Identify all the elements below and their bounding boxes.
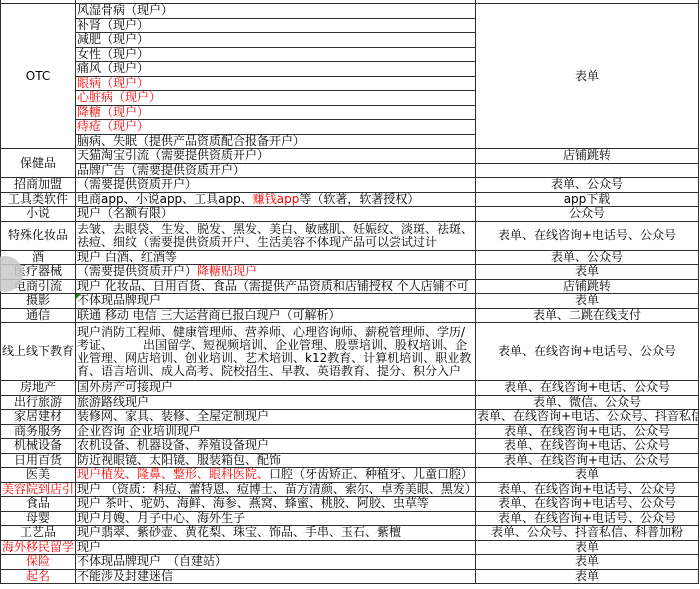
details-text: （需要提供资质开户） bbox=[77, 265, 197, 279]
table-row: 海外移民留学现户表单 bbox=[1, 540, 699, 555]
details-text: 减肥（现户） bbox=[77, 33, 149, 47]
details-text: 旅游路线现户 bbox=[77, 395, 149, 409]
table-row: 摄影不体现品牌现户表单 bbox=[1, 294, 699, 309]
table-row: 美容院到店引流现户 （资质：科痘、蕾特恩、痘博士、苗方清颜、索尔、卓秀美眼、黑发… bbox=[1, 482, 699, 497]
table-row: 家居建材装修网、家具、装修、全屋定制现户表单、在线咨询+电话、公众号、抖音私信 bbox=[1, 410, 699, 425]
details-cell[interactable]: 眼病（现户） bbox=[76, 76, 476, 91]
conversion-cell[interactable]: 表单、公众号 bbox=[476, 178, 699, 193]
table-row: 小说现户（名额有限）公众号 bbox=[1, 207, 699, 222]
details-text: 天猫淘宝引流（需要提供资质开户） bbox=[77, 149, 269, 163]
table-row: 保健品天猫淘宝引流（需要提供资质开户）店铺跳转 bbox=[1, 149, 699, 164]
details-cell[interactable]: 天猫淘宝引流（需要提供资质开户） bbox=[76, 149, 476, 164]
conversion-cell[interactable]: 表单、在线咨询+电话、公众号 bbox=[476, 453, 699, 468]
table-row: 起名不能涉及封建迷信表单 bbox=[1, 569, 699, 584]
industry-table: OTC风湿骨病（现户）表单补肾（现户）减肥（现户）女性（现户）痛风（现户）眼病（… bbox=[0, 0, 699, 584]
table-row: 医美现户植发、隆鼻、整形、眼科医院、口腔（牙齿矫正、种植牙、儿童口腔）表单 bbox=[1, 468, 699, 483]
details-text: 现户 bbox=[77, 540, 101, 554]
conversion-cell[interactable]: 表单 bbox=[476, 4, 699, 149]
details-text: 防近视眼镜、太阳镜、服装箱包、配饰 bbox=[77, 453, 281, 467]
table-row: 招商加盟（需要提供资质开户）表单、公众号 bbox=[1, 178, 699, 193]
category-cell[interactable]: 日用百货 bbox=[1, 453, 76, 468]
conversion-cell[interactable]: 表单、在线咨询+电话号、公众号 bbox=[476, 497, 699, 512]
details-text: 等（软著，软著授权） bbox=[299, 192, 419, 206]
details-cell[interactable]: 痔疮（现户） bbox=[76, 120, 476, 135]
conversion-cell[interactable]: 表单 bbox=[476, 540, 699, 555]
details-text: 赚钱app bbox=[253, 192, 300, 206]
details-cell[interactable]: 防近视眼镜、太阳镜、服装箱包、配饰 bbox=[76, 453, 476, 468]
table-row: 食品现户 茶叶、驼奶、海鲜、海参、燕窝、蜂蜜、桃胶、阿胶、虫草等表单、在线咨询+… bbox=[1, 497, 699, 512]
category-cell[interactable]: 通信 bbox=[1, 308, 76, 323]
details-cell[interactable]: 现户 （资质：科痘、蕾特恩、痘博士、苗方清颜、索尔、卓秀美眼、黑发） bbox=[76, 482, 476, 497]
table-row: 通信联通 移动 电信 三大运营商已报白现户（可解析）表单、二跳在线支付 bbox=[1, 308, 699, 323]
details-cell[interactable]: 现户（名额有限） bbox=[76, 207, 476, 222]
details-cell[interactable]: 现户植发、隆鼻、整形、眼科医院、口腔（牙齿矫正、种植牙、儿童口腔） bbox=[76, 468, 476, 483]
spreadsheet: OTC风湿骨病（现户）表单补肾（现户）减肥（现户）女性（现户）痛风（现户）眼病（… bbox=[0, 0, 700, 589]
conversion-cell[interactable]: 公众号 bbox=[476, 207, 699, 222]
details-text: 痛风（现户） bbox=[77, 62, 149, 76]
details-cell[interactable]: 国外房产可接现户 bbox=[76, 381, 476, 396]
table-row: 电商引流现户 化妆品、日用百货、食品（需提供产品资质和店铺授权 个人店铺不可店铺… bbox=[1, 279, 699, 294]
table-row: 房地产国外房产可接现户表单、在线咨询+电话、公众号 bbox=[1, 381, 699, 396]
details-text: 现户 （资质：科痘、蕾特恩、痘博士、苗方清颜、索尔、卓秀美眼、黑发） bbox=[77, 482, 476, 496]
table-row: 机械设备农机设备、机器设备、养殖设备现户表单、在线咨询+电话、公众号 bbox=[1, 439, 699, 454]
details-cell[interactable]: 脑病、失眠（提供产品资质配合报备开户） bbox=[76, 134, 476, 149]
details-cell[interactable]: 心脏病（现户） bbox=[76, 91, 476, 106]
table-row: 出行旅游旅游路线现户表单、微信、公众号 bbox=[1, 395, 699, 410]
category-cell[interactable]: 特殊化妆品 bbox=[1, 221, 76, 250]
details-text: 现户 化妆品、日用百货、食品（需提供产品资质和店铺授权 个人店铺不可 bbox=[77, 279, 469, 293]
details-text: 不能涉及封建迷信 bbox=[77, 569, 173, 583]
conversion-cell[interactable]: 表单、在线咨询+电话、公众号 bbox=[476, 424, 699, 439]
conversion-cell[interactable]: 表单 bbox=[476, 468, 699, 483]
conversion-cell[interactable]: 表单、在线咨询+电话号、公众号 bbox=[476, 323, 699, 381]
details-text: 女性（现户） bbox=[77, 47, 149, 61]
details-cell[interactable]: 不体现品牌现户 bbox=[76, 294, 476, 309]
details-cell[interactable]: 企业咨询 企业培训现户 bbox=[76, 424, 476, 439]
details-cell[interactable]: 联通 移动 电信 三大运营商已报白现户（可解析） bbox=[76, 308, 476, 323]
category-cell[interactable]: 医美 bbox=[1, 468, 76, 483]
details-text: 现户 白酒、红酒等 bbox=[77, 250, 177, 264]
details-cell[interactable]: 现户 bbox=[76, 540, 476, 555]
details-text: 不体现品牌现户 （自建站） bbox=[77, 555, 227, 569]
table-row: 酒现户 白酒、红酒等表单、公众号 bbox=[1, 250, 699, 265]
conversion-cell[interactable]: 表单、在线咨询+电话号、公众号 bbox=[476, 511, 699, 526]
details-cell[interactable]: （需要提供资质开户） bbox=[76, 178, 476, 193]
details-cell[interactable]: 现户月嫂、月子中心、海外生子 bbox=[76, 511, 476, 526]
category-cell[interactable]: 出行旅游 bbox=[1, 395, 76, 410]
conversion-cell[interactable]: app下载 bbox=[476, 192, 699, 207]
category-cell[interactable]: 机械设备 bbox=[1, 439, 76, 454]
category-cell[interactable]: 海外移民留学 bbox=[1, 540, 76, 555]
category-cell[interactable]: 线上线下教育 bbox=[1, 323, 76, 381]
category-cell[interactable]: 房地产 bbox=[1, 381, 76, 396]
details-cell[interactable]: 降糖（现户） bbox=[76, 105, 476, 120]
details-cell[interactable]: 现户 白酒、红酒等 bbox=[76, 250, 476, 265]
details-cell[interactable]: 现户 茶叶、驼奶、海鲜、海参、燕窝、蜂蜜、桃胶、阿胶、虫草等 bbox=[76, 497, 476, 512]
category-cell[interactable]: 工艺品 bbox=[1, 526, 76, 541]
details-cell[interactable]: 去皱、去眼袋、生发、脱发、黑发、美白、敏感肌、妊娠纹、淡斑、祛斑、祛痘、细纹（需… bbox=[76, 221, 476, 250]
details-text: 企业咨询 企业培训现户 bbox=[77, 424, 201, 438]
details-cell[interactable]: 减肥（现户） bbox=[76, 33, 476, 48]
details-text: 品牌广告（需要提供资质开户） bbox=[77, 163, 245, 177]
table-row: 保险不体现品牌现户 （自建站）表单 bbox=[1, 555, 699, 570]
details-cell[interactable]: 装修网、家具、装修、全屋定制现户 bbox=[76, 410, 476, 425]
details-cell[interactable]: 电商app、小说app、工具app、赚钱app等（软著，软著授权） bbox=[76, 192, 476, 207]
conversion-cell[interactable] bbox=[476, 163, 699, 178]
details-text: 现户（名额有限） bbox=[77, 207, 173, 221]
conversion-cell[interactable]: 表单 bbox=[476, 569, 699, 584]
details-text: 电商app、小说app、工具app、 bbox=[77, 192, 253, 206]
details-cell[interactable]: 现户翡翠、紫砂壶、黄花梨、珠宝、饰品、手串、玉石、紫檀 bbox=[76, 526, 476, 541]
details-text: 眼病（现户） bbox=[77, 76, 149, 90]
details-cell[interactable]: 现户消防工程师、健康管理师、营养师、心理咨询师、薪税管理师、学历/考证、 出国留… bbox=[76, 323, 476, 381]
details-cell[interactable]: 补肾（现户） bbox=[76, 18, 476, 33]
details-cell[interactable]: 风湿骨病（现户） bbox=[76, 4, 476, 19]
details-text: 现户月嫂、月子中心、海外生子 bbox=[77, 511, 245, 525]
details-text: 联通 移动 电信 三大运营商已报白现户（可解析） bbox=[77, 308, 340, 322]
table-row: 日用百货防近视眼镜、太阳镜、服装箱包、配饰表单、在线咨询+电话、公众号 bbox=[1, 453, 699, 468]
table-row: 品牌广告（需要提供资质开户） bbox=[1, 163, 699, 178]
conversion-cell[interactable]: 表单、公众号、抖音私信、科普加粉 bbox=[476, 526, 699, 541]
conversion-cell[interactable]: 表单、在线咨询+电话、公众号 bbox=[476, 439, 699, 454]
conversion-cell[interactable]: 表单 bbox=[476, 555, 699, 570]
category-cell[interactable]: 摄影 bbox=[1, 294, 76, 309]
category-cell[interactable]: 保险 bbox=[1, 555, 76, 570]
table-row: 特殊化妆品去皱、去眼袋、生发、脱发、黑发、美白、敏感肌、妊娠纹、淡斑、祛斑、祛痘… bbox=[1, 221, 699, 250]
conversion-cell[interactable]: 表单、公众号 bbox=[476, 250, 699, 265]
details-text: 现户 茶叶、驼奶、海鲜、海参、燕窝、蜂蜜、桃胶、阿胶、虫草等 bbox=[77, 497, 429, 511]
details-cell[interactable]: 农机设备、机器设备、养殖设备现户 bbox=[76, 439, 476, 454]
category-cell[interactable]: 保健品 bbox=[1, 149, 76, 178]
conversion-cell[interactable]: 表单、在线咨询+电话号、公众号 bbox=[476, 482, 699, 497]
conversion-cell[interactable]: 表单、在线咨询+电话号、公众号 bbox=[476, 221, 699, 250]
details-cell[interactable]: 现户 化妆品、日用百货、食品（需提供产品资质和店铺授权 个人店铺不可 bbox=[76, 279, 476, 294]
category-cell[interactable]: 食品 bbox=[1, 497, 76, 512]
details-text: 降糖贴现户 bbox=[197, 265, 257, 279]
details-text: 痔疮（现户） bbox=[77, 120, 149, 134]
details-text: 口腔（牙齿矫正、种植牙、儿童口腔） bbox=[269, 468, 473, 482]
details-text: 农机设备、机器设备、养殖设备现户 bbox=[77, 439, 269, 453]
details-text: 装修网、家具、装修、全屋定制现户 bbox=[77, 410, 269, 424]
category-cell[interactable]: 家居建材 bbox=[1, 410, 76, 425]
table-row: 商务服务企业咨询 企业培训现户表单、在线咨询+电话、公众号 bbox=[1, 424, 699, 439]
conversion-cell[interactable]: 表单、微信、公众号 bbox=[476, 395, 699, 410]
category-cell[interactable]: 起名 bbox=[1, 569, 76, 584]
table-row: 工具类软件电商app、小说app、工具app、赚钱app等（软著，软著授权）ap… bbox=[1, 192, 699, 207]
details-cell[interactable]: 痛风（现户） bbox=[76, 62, 476, 77]
cell-flag-icon bbox=[76, 294, 81, 299]
conversion-cell[interactable]: 店铺跳转 bbox=[476, 149, 699, 164]
conversion-cell[interactable]: 店铺跳转 bbox=[476, 279, 699, 294]
details-cell[interactable]: （需要提供资质开户）降糖贴现户 bbox=[76, 265, 476, 280]
conversion-cell[interactable]: 表单 bbox=[476, 294, 699, 309]
details-cell[interactable]: 女性（现户） bbox=[76, 47, 476, 62]
table-row: 医疗器械（需要提供资质开户）降糖贴现户表单 bbox=[1, 265, 699, 280]
details-text: 现户消防工程师、健康管理师、营养师、心理咨询师、薪税管理师、学历/考证、 出国留… bbox=[77, 325, 471, 378]
conversion-cell[interactable]: 表单、在线咨询+电话、公众号 bbox=[476, 381, 699, 396]
conversion-cell[interactable]: 表单 bbox=[476, 265, 699, 280]
details-text: 不体现品牌现户 bbox=[77, 294, 161, 308]
details-text: （需要提供资质开户） bbox=[77, 178, 197, 192]
conversion-cell[interactable]: 表单、在线咨询+电话、公众号、抖音私信 bbox=[476, 410, 699, 425]
details-text: 现户翡翠、紫砂壶、黄花梨、珠宝、饰品、手串、玉石、紫檀 bbox=[77, 526, 401, 540]
category-cell[interactable]: 商务服务 bbox=[1, 424, 76, 439]
category-cell[interactable]: 小说 bbox=[1, 207, 76, 222]
details-text: 去皱、去眼袋、生发、脱发、黑发、美白、敏感肌、妊娠纹、淡斑、祛斑、祛痘、细纹（需… bbox=[77, 222, 473, 249]
table-row: 工艺品现户翡翠、紫砂壶、黄花梨、珠宝、饰品、手串、玉石、紫檀表单、公众号、抖音私… bbox=[1, 526, 699, 541]
details-cell[interactable]: 品牌广告（需要提供资质开户） bbox=[76, 163, 476, 178]
details-text: 降糖（现户） bbox=[77, 105, 149, 119]
details-text: 脑病、失眠（提供产品资质配合报备开户） bbox=[77, 134, 305, 148]
details-text: 风湿骨病（现户） bbox=[77, 4, 173, 18]
conversion-cell[interactable]: 表单、二跳在线支付 bbox=[476, 308, 699, 323]
table-row: 母婴现户月嫂、月子中心、海外生子表单、在线咨询+电话号、公众号 bbox=[1, 511, 699, 526]
details-text: 国外房产可接现户 bbox=[77, 381, 173, 395]
category-cell[interactable]: 招商加盟 bbox=[1, 178, 76, 193]
category-cell[interactable]: 工具类软件 bbox=[1, 192, 76, 207]
category-cell[interactable]: 美容院到店引流 bbox=[1, 482, 76, 497]
details-text: 补肾（现户） bbox=[77, 18, 149, 32]
details-text: 心脏病（现户） bbox=[77, 91, 161, 105]
category-cell[interactable]: 母婴 bbox=[1, 511, 76, 526]
details-cell[interactable]: 旅游路线现户 bbox=[76, 395, 476, 410]
details-cell[interactable]: 不体现品牌现户 （自建站） bbox=[76, 555, 476, 570]
details-text: 现户植发、隆鼻、整形、眼科医院、 bbox=[77, 468, 269, 482]
table-row: 线上线下教育现户消防工程师、健康管理师、营养师、心理咨询师、薪税管理师、学历/考… bbox=[1, 323, 699, 381]
category-cell[interactable]: OTC bbox=[1, 4, 76, 149]
table-row: OTC风湿骨病（现户）表单 bbox=[1, 4, 699, 19]
details-cell[interactable]: 不能涉及封建迷信 bbox=[76, 569, 476, 584]
